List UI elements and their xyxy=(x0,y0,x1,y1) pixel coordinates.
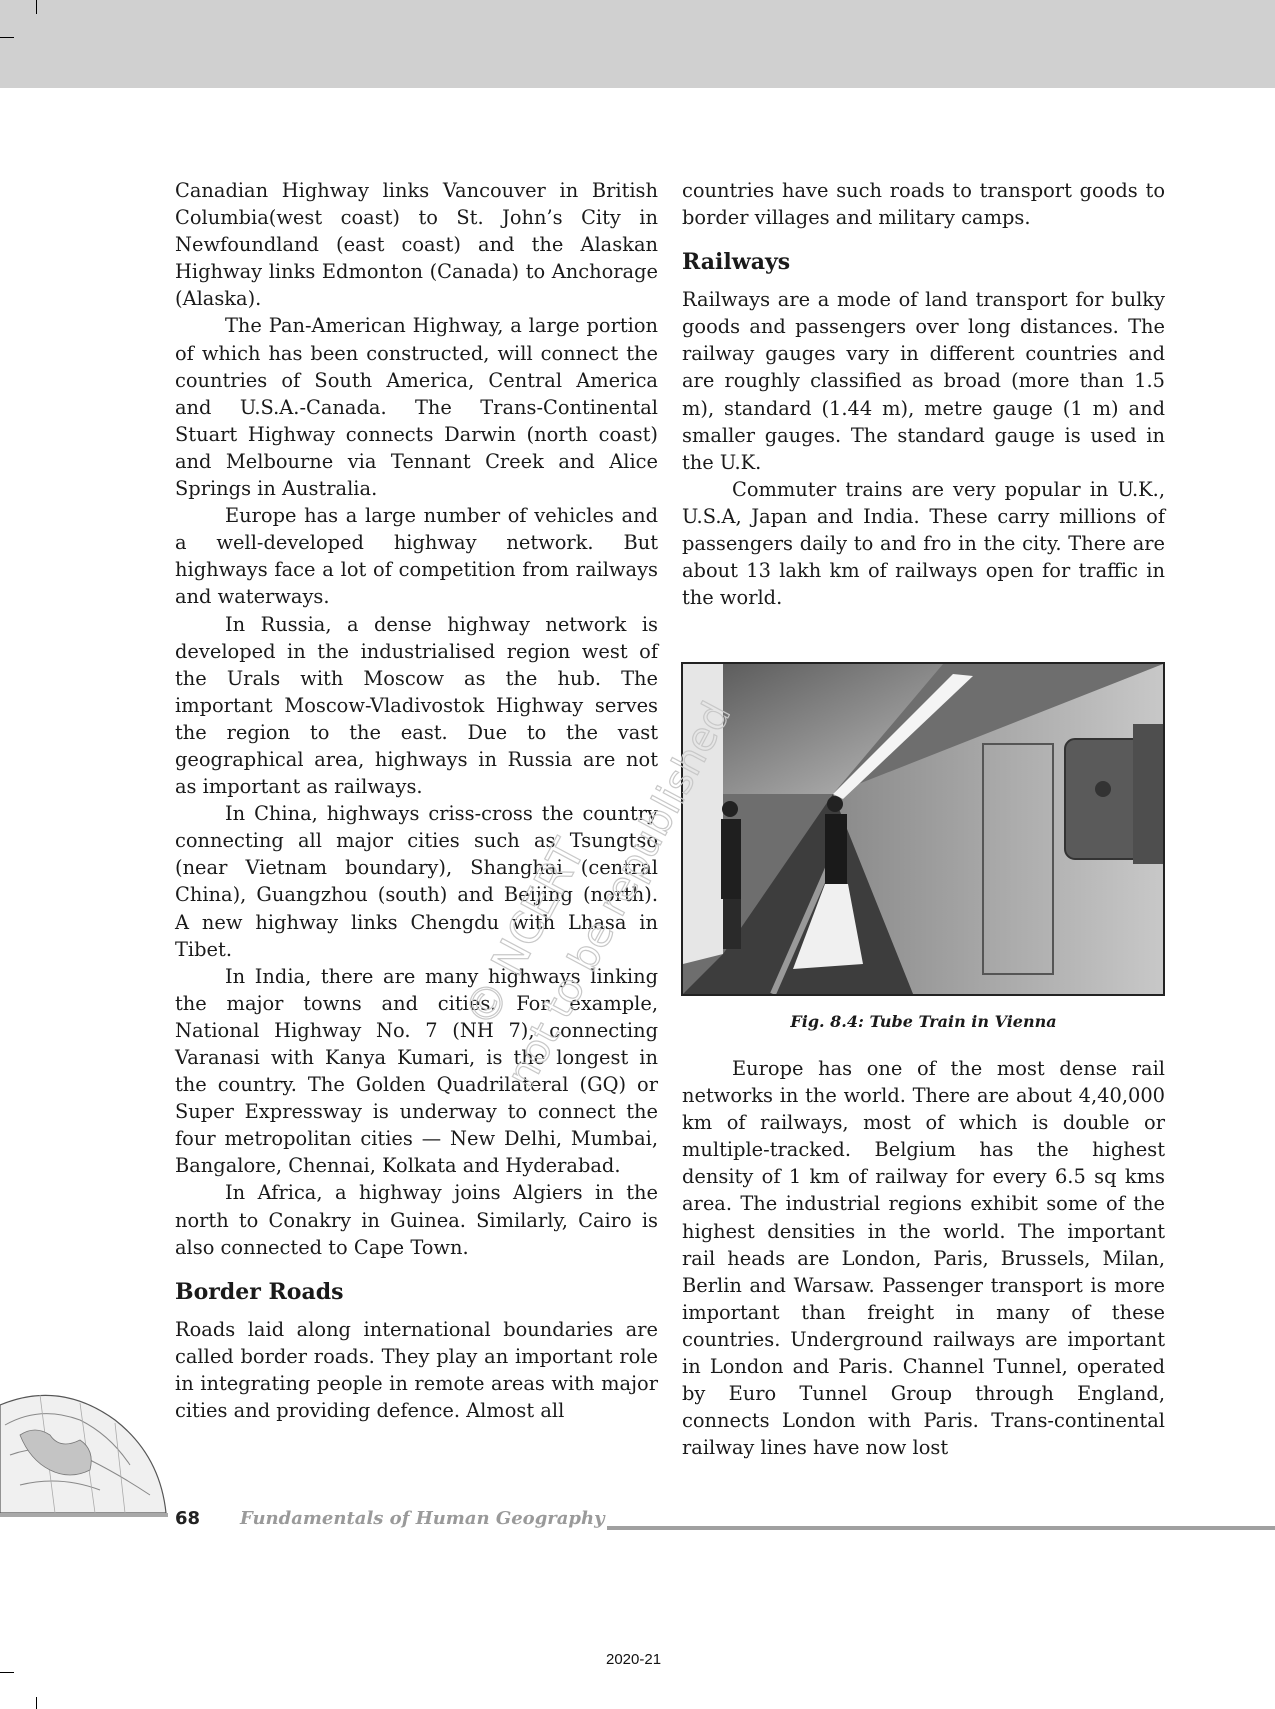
tube-train-photo xyxy=(681,662,1165,996)
paragraph: Canadian Highway links Vancouver in Brit… xyxy=(175,177,658,312)
paragraph: countries have such roads to transport g… xyxy=(682,177,1165,231)
crop-mark xyxy=(0,1672,14,1673)
section-heading-border-roads: Border Roads xyxy=(175,1278,658,1306)
train-photo-icon xyxy=(683,664,1163,994)
top-grey-band xyxy=(0,0,1275,88)
paragraph: Railways are a mode of land transport fo… xyxy=(682,286,1165,476)
crop-mark xyxy=(36,0,37,14)
page-number: 68 xyxy=(175,1508,200,1529)
paragraph: In India, there are many highways linkin… xyxy=(175,963,658,1180)
crop-mark xyxy=(0,37,14,38)
figure-caption: Fig. 8.4: Tube Train in Vienna xyxy=(682,1012,1165,1031)
paragraph: In Africa, a highway joins Algiers in th… xyxy=(175,1179,658,1260)
footer-rule-left xyxy=(0,1513,168,1517)
crop-mark xyxy=(36,1697,37,1709)
globe-icon xyxy=(0,1385,170,1515)
footer-rule xyxy=(607,1526,1275,1530)
book-title: Fundamentals of Human Geography xyxy=(240,1508,605,1529)
europe-rail-paragraph: Europe has one of the most dense rail ne… xyxy=(682,1055,1165,1461)
paragraph: Roads laid along international boundarie… xyxy=(175,1316,658,1424)
paragraph: Commuter trains are very popular in U.K.… xyxy=(682,476,1165,611)
paragraph: Europe has a large number of vehicles an… xyxy=(175,502,658,610)
paragraph: In China, highways criss-cross the count… xyxy=(175,800,658,963)
edition-year: 2020-21 xyxy=(606,1651,661,1668)
paragraph: The Pan-American Highway, a large portio… xyxy=(175,312,658,502)
section-heading-railways: Railways xyxy=(682,248,1165,276)
paragraph: Europe has one of the most dense rail ne… xyxy=(682,1055,1165,1461)
left-column: Canadian Highway links Vancouver in Brit… xyxy=(175,177,658,1424)
right-column: countries have such roads to transport g… xyxy=(682,177,1165,611)
paragraph: In Russia, a dense highway network is de… xyxy=(175,611,658,801)
